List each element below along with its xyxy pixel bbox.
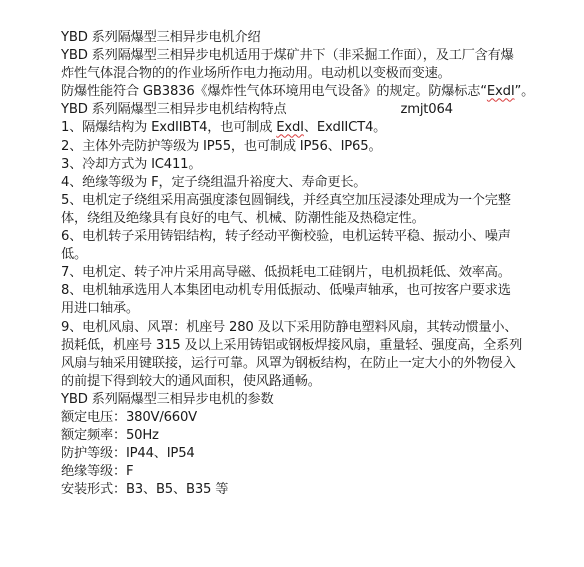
feature-item-4: 4、绝缘等级为 F，定子绕组温升裕度大、寿命更长。 — [61, 174, 573, 192]
document-title: YBD 系列隔爆型三相异步电机介绍 — [61, 29, 573, 47]
param-label: 安装形式： — [61, 482, 126, 497]
feature-item-1: 1、隔爆结构为 ExdIIBT4，也可制成 ExdI、ExdIICT4。 — [61, 119, 573, 137]
param-value: F — [126, 464, 133, 479]
feature-item-2: 2、主体外壳防护等级为 IP55，也可制成 IP56、IP65。 — [61, 138, 573, 156]
feature-item-3: 3、冷却方式为 IC411。 — [61, 156, 573, 174]
feature-1-misspelled-mark[interactable]: ExdI — [276, 120, 304, 135]
intro-line-3: 防爆性能符合 GB3836《爆炸性气体环境用电气设备》的规定。防爆标志“ExdI… — [61, 83, 573, 101]
param-label: 额定电压： — [61, 410, 126, 425]
param-label: 额定频率： — [61, 428, 126, 443]
param-protection-class: 防护等级：IP44、IP54 — [61, 445, 573, 463]
param-mounting-type: 安装形式：B3、B5、B35 等 — [61, 481, 573, 499]
param-value: B3、B5、B35 等 — [126, 482, 228, 497]
feature-item-6-line-2: 低。 — [61, 246, 573, 264]
intro-line-2: 炸性气体混合物的的作业场所作电力拖动用。电动机以变极而变速。 — [61, 65, 573, 83]
feature-item-8-line-2: 用进口轴承。 — [61, 300, 573, 318]
intro-line-3-end: ”。 — [515, 84, 535, 99]
explosion-mark-misspelled[interactable]: ExdI — [487, 84, 515, 99]
feature-item-9-line-3: 风扇与轴采用键联接，运行可靠。风罩为钢板结构，在防止一定大小的外物侵入 — [61, 355, 573, 373]
feature-item-5-line-1: 5、电机定子绕组采用高强度漆包圆铜线，并经真空加压浸漆处理成为一个完整 — [61, 192, 573, 210]
feature-item-8-line-1: 8、电机轴承选用人本集团电动机专用低振动、低噪声轴承，也可按客户要求选 — [61, 282, 573, 300]
param-value: 50Hz — [126, 428, 159, 443]
document-body: YBD 系列隔爆型三相异步电机介绍 YBD 系列隔爆型三相异步电机适用于煤矿井下… — [61, 29, 573, 499]
feature-item-6-line-1: 6、电机转子采用铸铝结构，转子经动平衡校验，电机运转平稳、振动小、噪声 — [61, 228, 573, 246]
feature-item-5-line-2: 体，绕组及绝缘具有良好的电气、机械、防潮性能及热稳定性。 — [61, 210, 573, 228]
intro-line-1: YBD 系列隔爆型三相异步电机适用于煤矿井下（非采掘工作面），及工厂含有爆 — [61, 47, 573, 65]
feature-item-9-line-1: 9、电机风扇、风罩：机座号 280 及以下采用防静电塑料风扇，其转动惯量小、 — [61, 319, 573, 337]
param-label: 防护等级： — [61, 446, 126, 461]
feature-1-text-end: 、ExdIICT4。 — [304, 120, 386, 135]
param-insulation-class: 绝缘等级：F — [61, 463, 573, 481]
params-heading: YBD 系列隔爆型三相异步电机的参数 — [61, 391, 573, 409]
param-rated-voltage: 额定电压：380V/660V — [61, 409, 573, 427]
features-heading-text: YBD 系列隔爆型三相异步电机结构特点 — [61, 102, 286, 117]
intro-standard-text: 防爆性能符合 GB3836《爆炸性气体环境用电气设备》的规定。防爆标志“ — [61, 84, 487, 99]
code-tag: zmjt064 — [400, 101, 452, 119]
param-rated-frequency: 额定频率：50Hz — [61, 427, 573, 445]
param-value: IP44、IP54 — [126, 446, 195, 461]
feature-1-text: 1、隔爆结构为 ExdIIBT4，也可制成 — [61, 120, 276, 135]
param-value: 380V/660V — [126, 410, 197, 425]
feature-item-7: 7、电机定、转子冲片采用高导磁、低损耗电工硅钢片，电机损耗低、效率高。 — [61, 264, 573, 282]
features-heading: YBD 系列隔爆型三相异步电机结构特点zmjt064 — [61, 101, 573, 119]
param-label: 绝缘等级： — [61, 464, 126, 479]
feature-item-9-line-4: 的前提下得到较大的通风面积，使风路通畅。 — [61, 373, 573, 391]
feature-item-9-line-2: 损耗低，机座号 315 及以上采用铸铝或钢板焊接风扇，重量轻、强度高，全系列 — [61, 337, 573, 355]
